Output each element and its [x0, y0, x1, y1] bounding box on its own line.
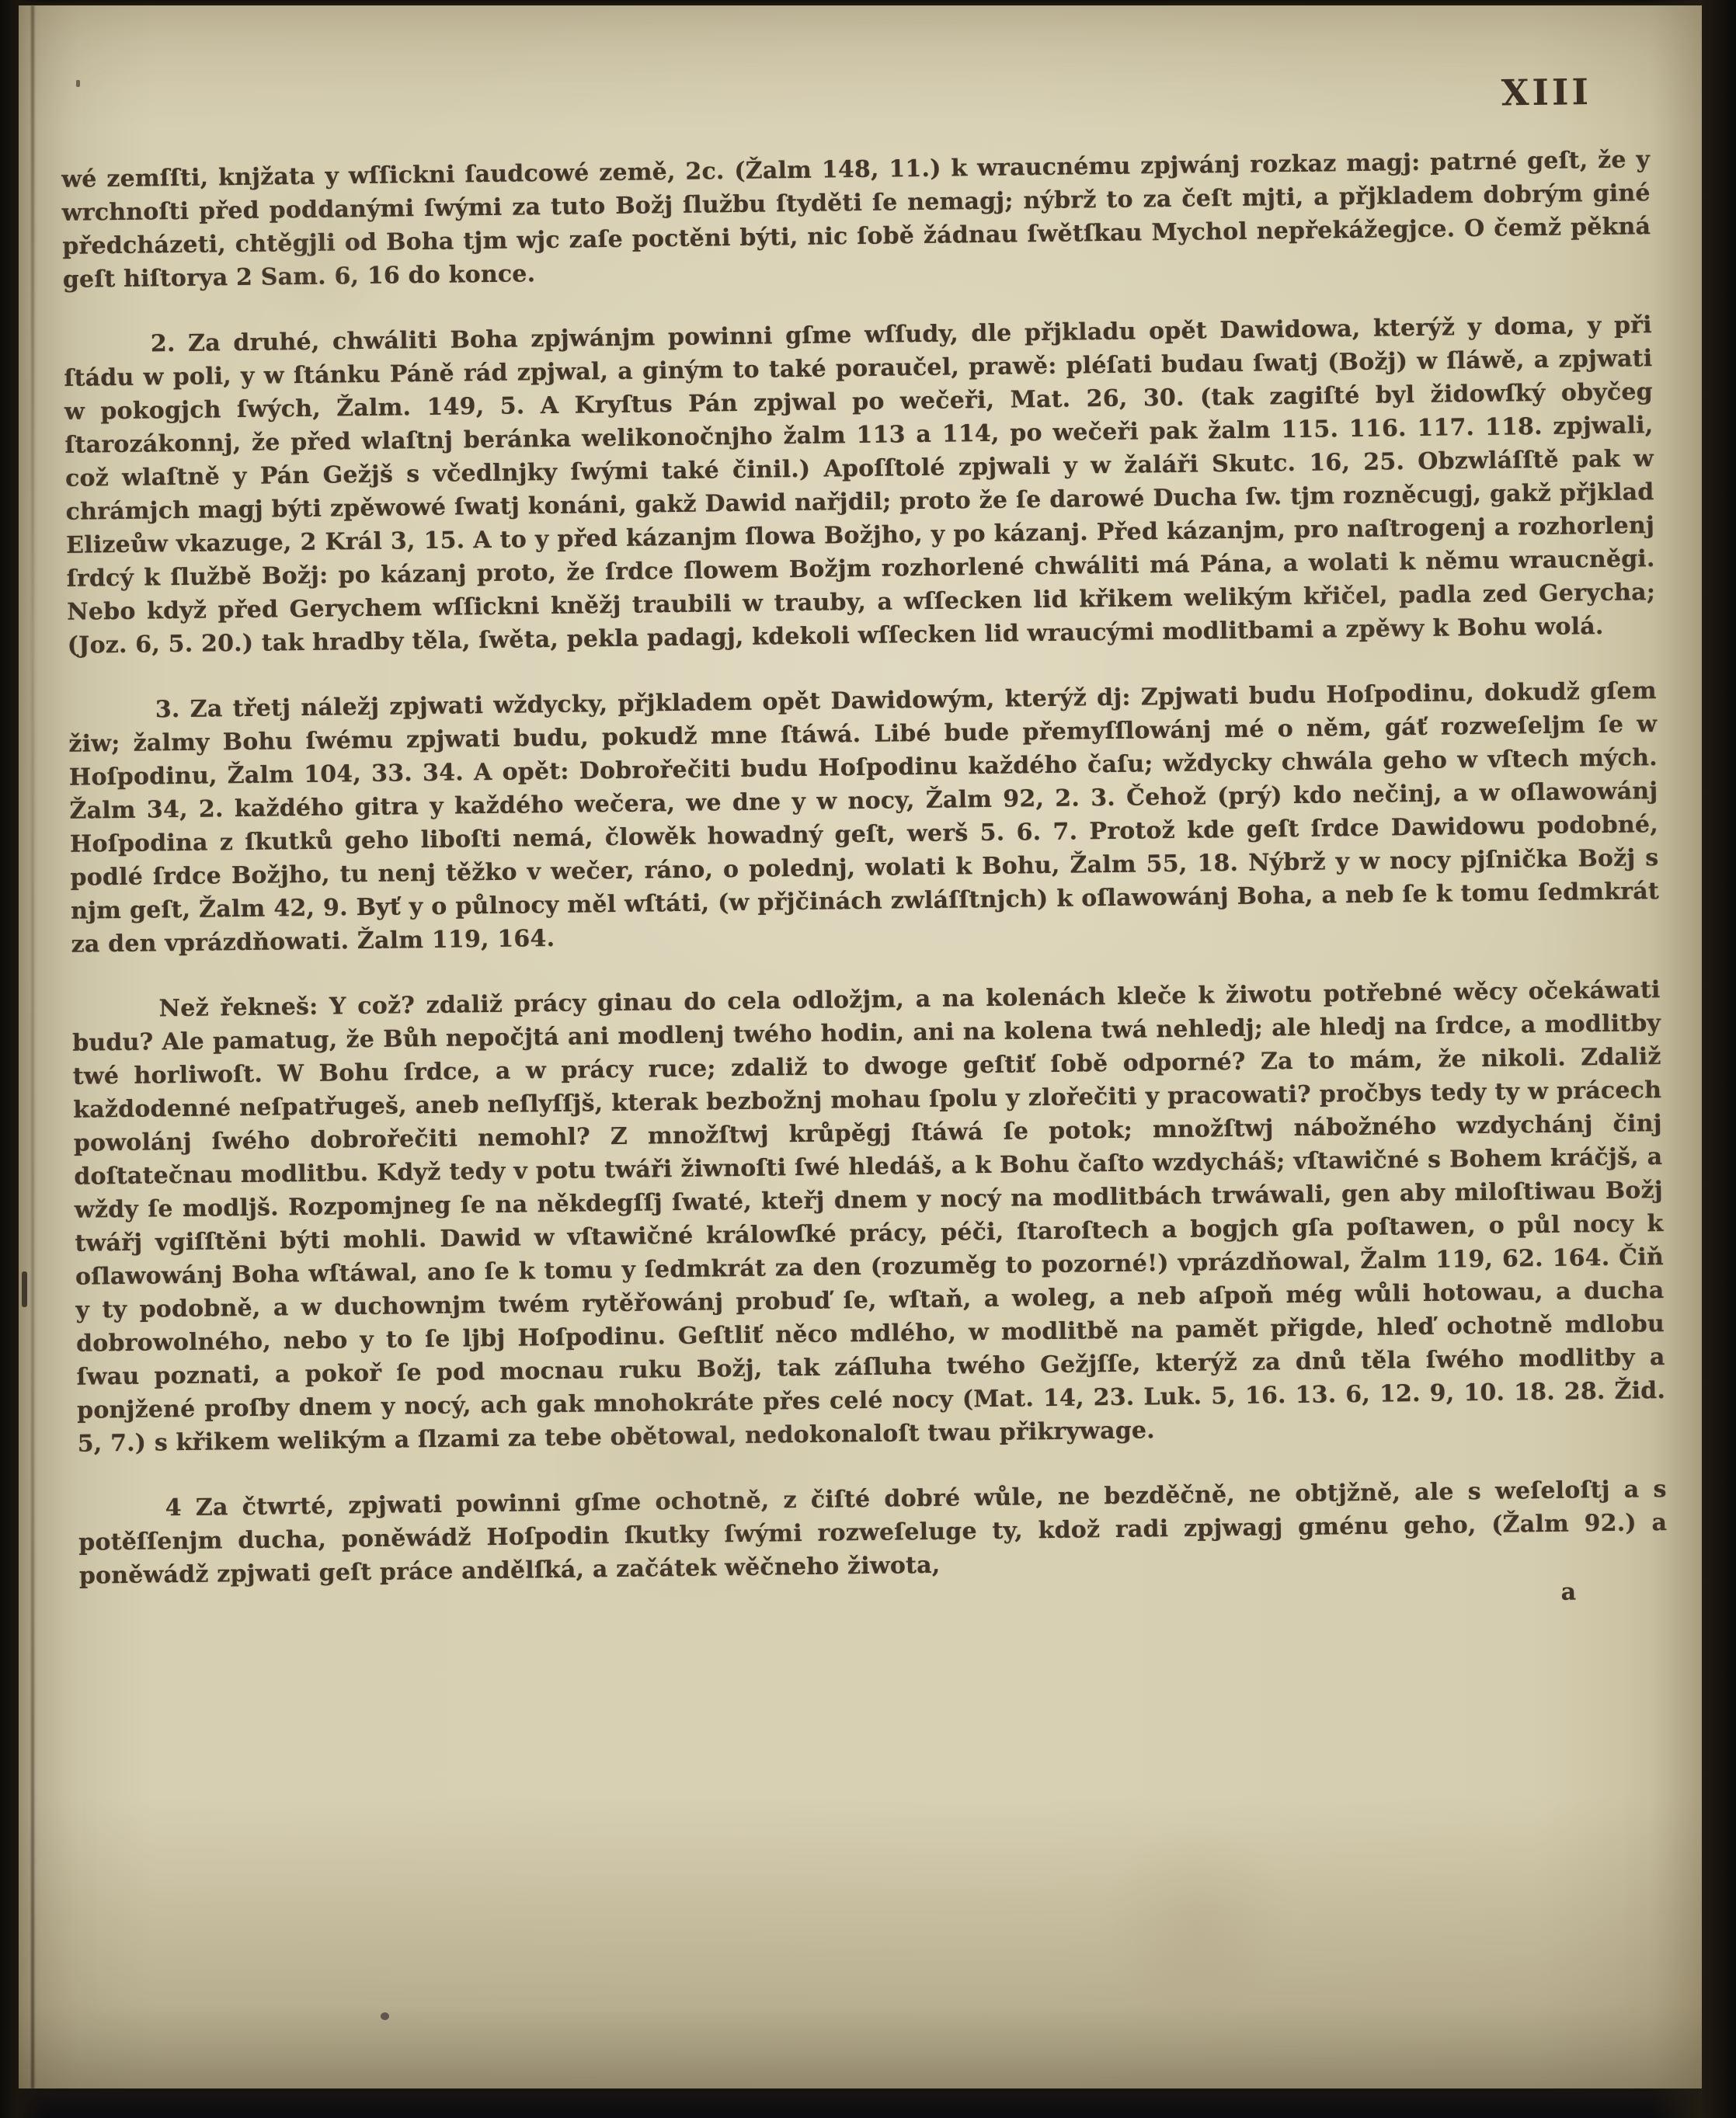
page-number: XIII — [1501, 71, 1592, 113]
body-paragraph-5: 4 Za čtwrté, zpjwati powinni gſme ochotn… — [78, 1473, 1668, 1593]
body-paragraph-2: 2. Za druhé, chwáliti Boha zpjwánjm powi… — [64, 308, 1656, 663]
body-paragraph-4: Než řekneš: Y což? zdaliž prácy ginau do… — [71, 973, 1665, 1461]
paper-speck — [76, 80, 80, 87]
margin-ink-mark — [22, 1271, 27, 1307]
body-paragraph-3: 3. Za třetj náležj zpjwati wždycky, přjk… — [68, 674, 1660, 962]
body-paragraph-continued: wé zemſſti, knjžata y wſſickni ſaudcowé … — [61, 143, 1651, 297]
body-text: wé zemſſti, knjžata y wſſickni ſaudcowé … — [61, 143, 1668, 1628]
book-page: XIII wé zemſſti, knjžata y wſſickni ſaud… — [19, 5, 1702, 2088]
scan-background: XIII wé zemſſti, knjžata y wſſickni ſaud… — [0, 0, 1736, 2118]
ink-dot — [381, 2012, 389, 2020]
page-content-tilt: XIII wé zemſſti, knjžata y wſſickni ſaud… — [9, 0, 1718, 2099]
